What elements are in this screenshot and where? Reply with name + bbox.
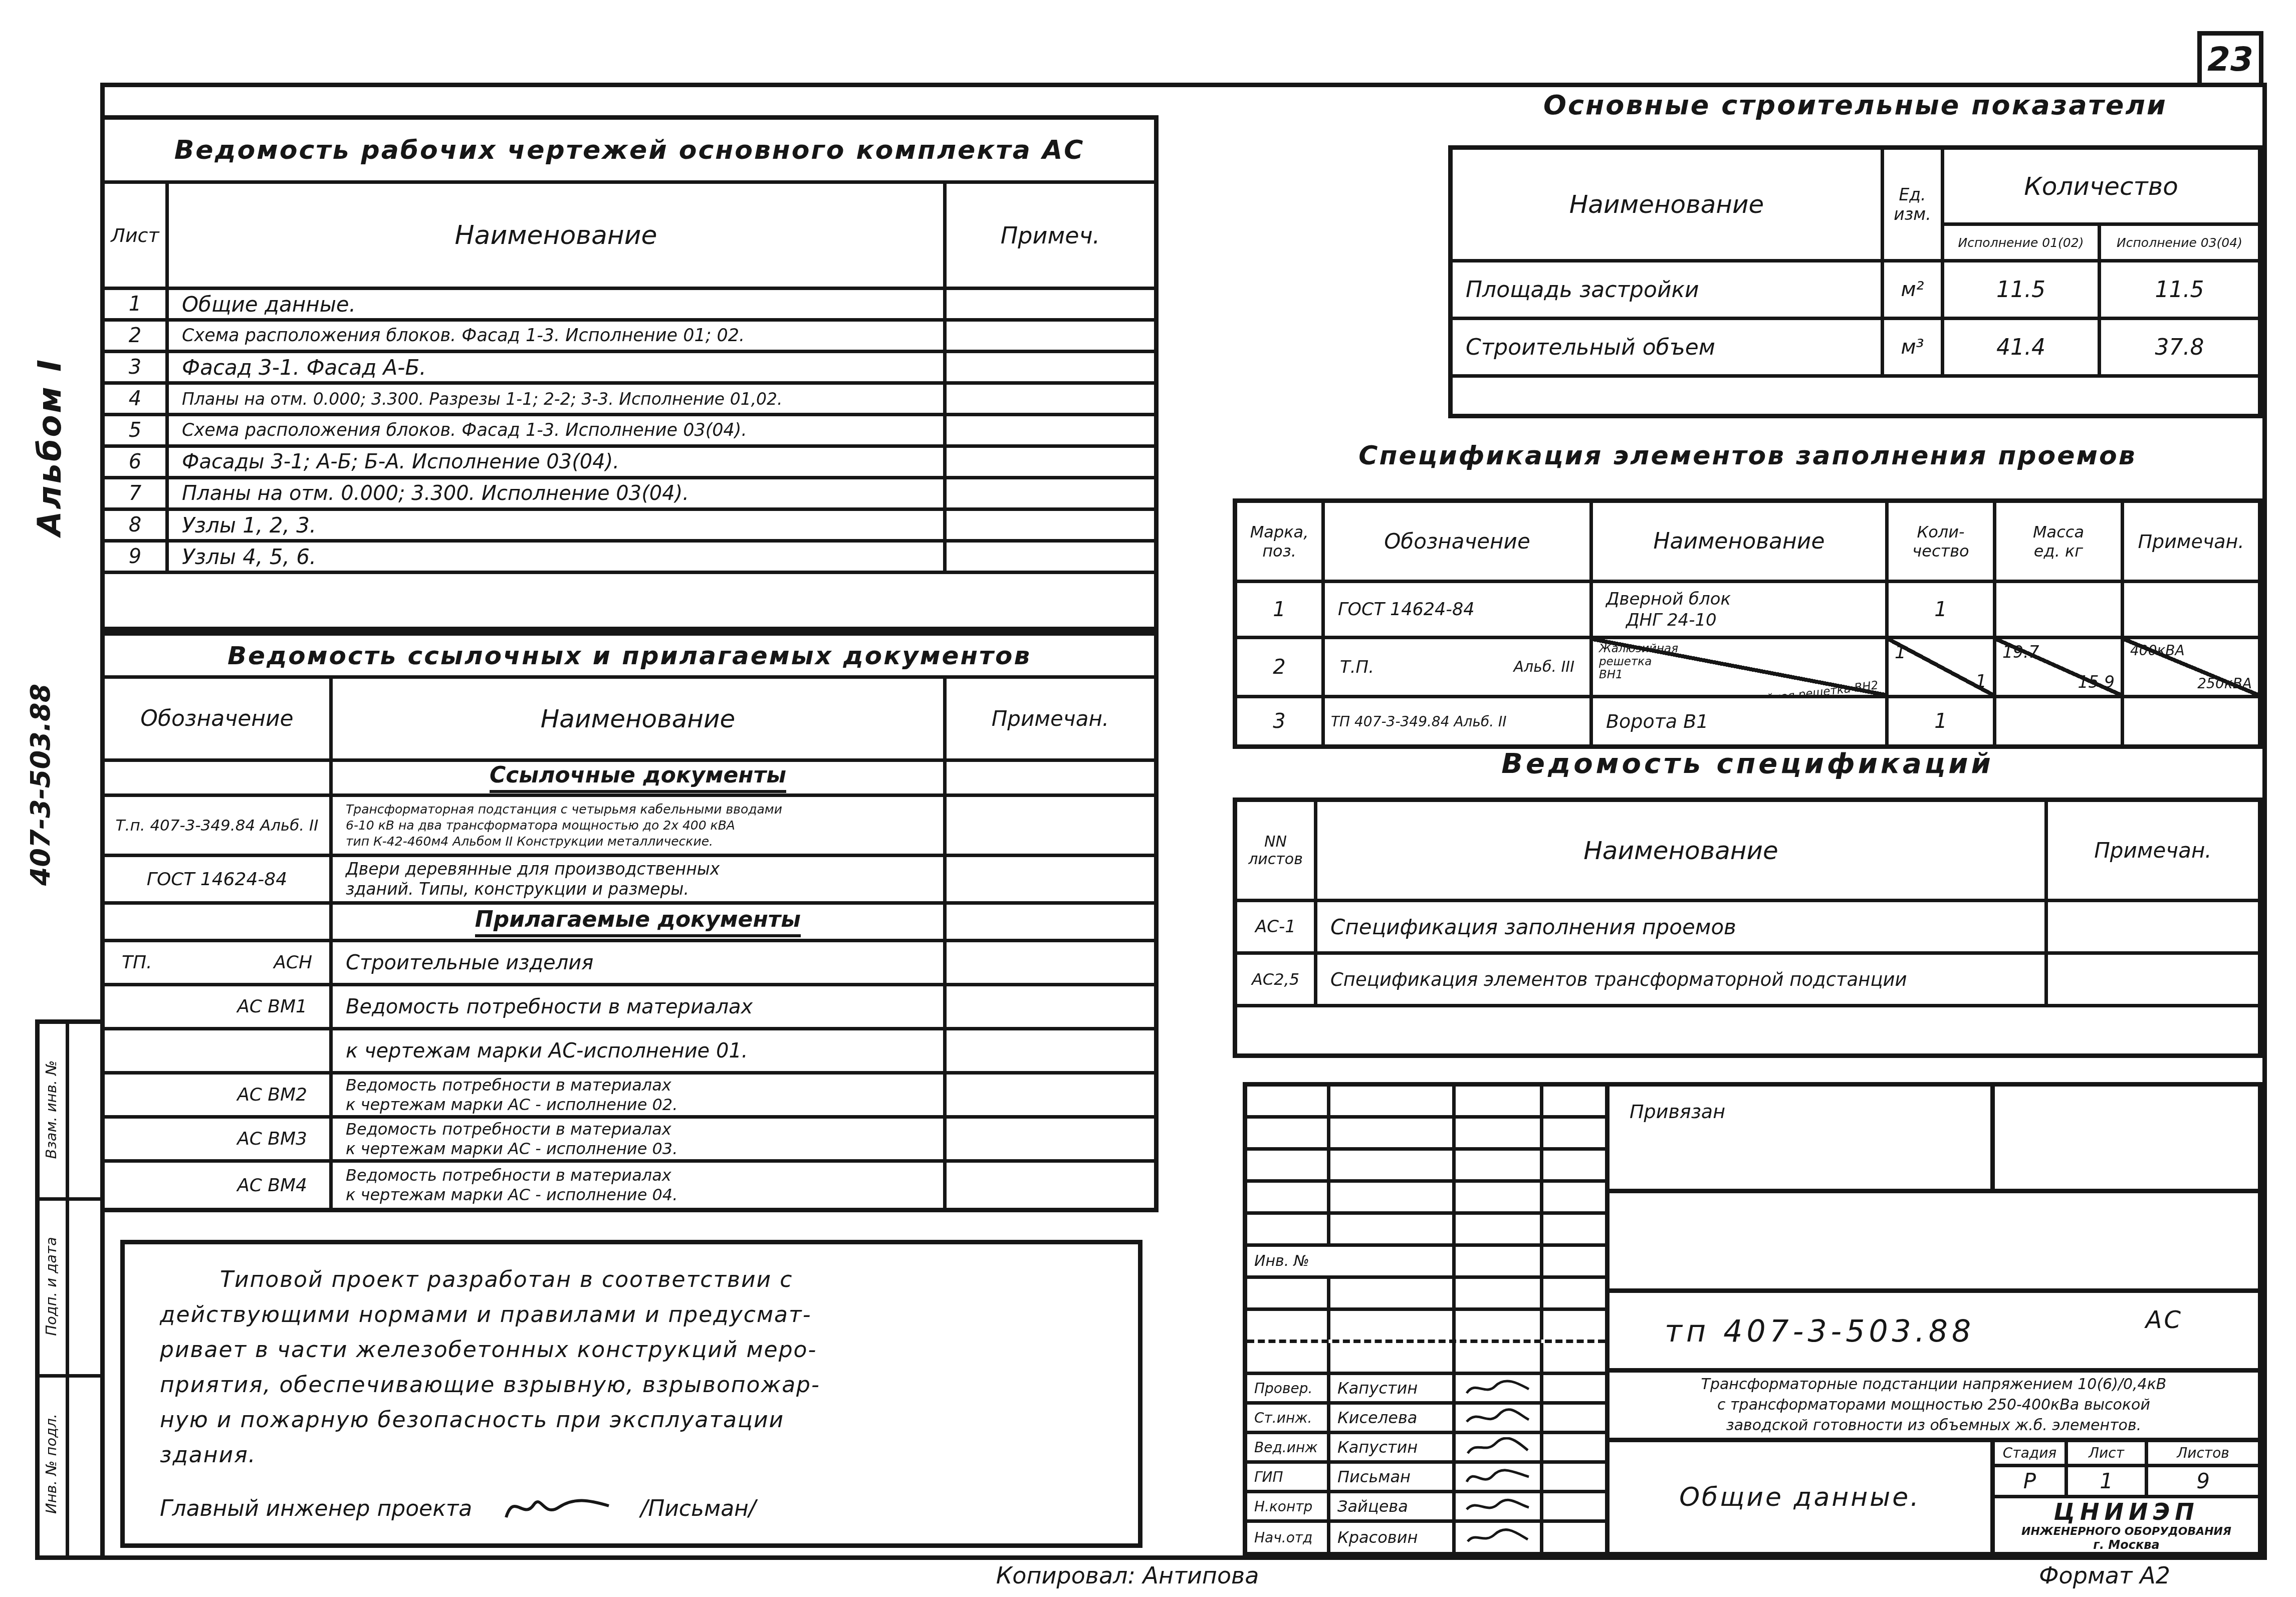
person-role: Провер. [1254,1380,1312,1397]
cell-note-split: 400кВА 250кВА [2124,639,2258,695]
cell-note [947,290,1154,318]
copied-by: Копировал: Антипова [802,1562,1453,1589]
row-name: Фасады 3-1; А-Б; Б-А. Исполнение 03(04). [182,450,619,473]
header-label: Примечан. [2138,530,2244,553]
header-cell-qty: Коли- чество [1889,503,1996,580]
row-name-multiline: Ведомость потребности в материалах к чер… [346,1166,677,1205]
header-cell-designation: Обозначение [1325,503,1593,580]
table-row: 1 Общие данные. [105,290,1154,322]
split-bottom: 1 [1975,671,1987,692]
row-num: 4 [129,387,141,410]
stage-value-cell: Р [1995,1467,2068,1495]
person-row: Вед.инж Капустин [1247,1434,1605,1464]
cell-designation: АС ВМ4 [105,1163,333,1208]
note-line: ную и пожарную безопасность при эксплуат… [160,1403,1113,1438]
stamp-divider [66,1378,69,1555]
header-label: Лист [111,224,159,246]
header-label: Обозначение [1384,529,1530,554]
row-mark: 2 [1273,656,1285,679]
header-cell-designation: Обозначение [105,679,333,758]
signature-icon [1456,1464,1543,1490]
cell-name: Ведомость потребности в материалах к чер… [333,1119,947,1159]
cell-name: Планы на отм. 0.000; 3.300. Разрезы 1-1;… [169,385,947,413]
cell-num: АС2,5 [1237,955,1317,1004]
table-row: 9 Узлы 4, 5, 6. [105,543,1154,574]
cell-unit: м² [1884,262,1944,317]
empty-band [1610,1193,2258,1293]
cell-empty [947,762,1154,793]
cell-note [947,448,1154,476]
cell-num: 4 [105,385,169,413]
header-label: Масса [2033,522,2084,542]
cell-section: Прилагаемые документы [333,905,947,939]
cell-qty: 1 [1889,698,1996,744]
cell-mass [1996,583,2124,636]
cell-designation: ТП 407-3-349.84 Альб. II [1325,698,1593,744]
cell-name: Узлы 4, 5, 6. [169,543,947,571]
indicators-title: Основные строительные показатели [1543,89,2167,121]
note-line: действующими нормами и правилами и преду… [160,1297,1113,1333]
table-header-row: Обозначение Наименование Примечан. [105,679,1154,762]
cell-designation: ГОСТ 14624-84 [105,857,333,901]
cell-name-split: Жалюзийная решетка ВН1 Жалюзийная решетк… [1593,639,1889,695]
indicators-title-wrap: Основные строительные показатели [1448,89,2262,121]
chief-engineer-label: Главный инженер проекта [160,1496,472,1521]
row-name-line: Ведомость потребности в материалах [346,1076,677,1095]
table-header-row: Марка, поз. Обозначение Наименование Кол… [1237,503,2258,583]
row-num: АС-1 [1255,917,1296,937]
row-name: к чертежам марки АС-исполнение 01. [346,1039,748,1062]
description-line: с трансформаторами мощностью 250-400кВа … [1717,1395,2150,1415]
header-cell-note: Примечан. [947,679,1154,758]
cell-note [947,511,1154,539]
sheet-title: Общие данные. [1679,1482,1921,1512]
row-name-multiline: Ведомость потребности в материалах к чер… [346,1120,677,1159]
header-label: Коли- [1917,522,1964,542]
person-name: Капустин [1337,1438,1418,1457]
header-label: NN [1264,833,1287,851]
row-code: АС ВМ2 [237,1085,307,1105]
cell-note [947,857,1154,901]
cell-note [947,479,1154,507]
stage-header-cell: Листов [2148,1442,2258,1464]
table-header-row: Лист Наименование Примеч. [105,184,1154,290]
chief-engineer-name: /Письман/ [640,1496,756,1521]
drawing-sheet: 23 Альбом I 407-3-503.88 Взам. инв. № По… [0,0,2296,1597]
cell-designation: Т.п. 407-3-349.84 Альб. II [105,797,333,854]
header-label: Примечан. [2094,838,2211,863]
project-description: Трансформаторные подстанции напряжением … [1610,1373,2258,1442]
row-num: 3 [129,356,141,379]
header-label: Ед. [1899,185,1926,204]
table-header-row: Наименование Ед. изм. Количество Исполне… [1453,150,2258,262]
table-row: 2 Схема расположения блоков. Фасад 1-3. … [105,322,1154,353]
note-signature-row: Главный инженер проекта /Письман/ [160,1490,1113,1527]
header-label: Наименование [1583,836,1778,865]
table-row: Строительный объем м³ 41.4 37.8 [1453,320,2258,378]
signature-icon [1456,1493,1543,1519]
table-row: 6 Фасады 3-1; А-Б; Б-А. Исполнение 03(04… [105,448,1154,479]
table-row: 8 Узлы 1, 2, 3. [105,511,1154,543]
cell-note [947,1030,1154,1071]
cell-note [947,322,1154,350]
section-row: Прилагаемые документы [105,905,1154,942]
cell-empty [105,762,333,793]
row-name-line: зданий. Типы, конструкции и размеры. [346,879,720,899]
header-label: ед. кг [2034,542,2083,561]
cell-mark: 2 [1237,639,1325,695]
header-cell-name: Наименование [333,679,947,758]
cell-note [947,543,1154,571]
row-name-multiline: Ведомость потребности в материалах к чер… [346,1076,677,1115]
cell-note [947,1163,1154,1208]
stamp-label: Инв. № подл. [43,1381,60,1546]
person-row: Провер. Капустин [1247,1375,1605,1405]
stage-label: Лист [2089,1445,2124,1461]
person-name: Письман [1337,1467,1411,1486]
row-value: 11.5 [2155,277,2204,303]
row-num: 9 [129,545,141,568]
header-label: Наименование [454,220,657,250]
spec-list-title: Ведомость спецификаций [1501,747,1993,780]
org-line: ИНЖЕНЕРНОГО ОБОРУДОВАНИЯ [2021,1525,2231,1538]
note-line: здания. [160,1438,1113,1473]
header-label: поз. [1262,542,1296,561]
row-name: Узлы 4, 5, 6. [182,545,316,569]
header-label: Примеч. [1001,222,1100,249]
header-cell-name: Наименование [169,184,947,287]
row-designation: ГОСТ 14624-84 [147,869,287,890]
cell-note [2124,583,2258,636]
cell-note [947,986,1154,1027]
stage-org-block: Стадия Лист Листов Р 1 9 ЦНИИЭП ИНЖЕНЕРН… [1995,1442,2258,1552]
cell-name: Спецификация элементов трансформаторной … [1317,955,2048,1004]
note-line: Типовой проект разработан в соответствии… [160,1262,1113,1297]
row-name-line: тип К-42-460м4 Альбом II Конструкции мет… [346,834,782,850]
inv-number-label: Инв. № [1254,1252,1309,1270]
cell-name: Схема расположения блоков. Фасад 1-3. Ис… [169,322,947,350]
cell-name: Ведомость потребности в материалах [333,986,947,1027]
description-line: Трансформаторные подстанции напряжением … [1701,1374,2167,1395]
row-unit: м² [1901,278,1924,301]
table-row: АС ВМ4 Ведомость потребности в материала… [105,1163,1154,1208]
cell-num: 3 [105,353,169,381]
signature-icon [1456,1523,1543,1552]
cell-num: 5 [105,416,169,444]
attached-row: Привязан [1610,1087,2258,1193]
cell-name: Строительные изделия [333,942,947,983]
openings-table: Марка, поз. Обозначение Наименование Кол… [1233,498,2262,749]
person-row: ГИП Письман [1247,1464,1605,1493]
doc-code: тп 407-3-503.88 [1665,1314,1975,1349]
stage-value-cell: 9 [2148,1467,2258,1495]
table-row: к чертежам марки АС-исполнение 01. [105,1030,1154,1075]
cell-note [947,416,1154,444]
table-row: ГОСТ 14624-84 Двери деревянные для произ… [105,857,1154,905]
cell-note [947,385,1154,413]
row-name-line: Жалюзийная [1599,642,1678,655]
table-row: АС ВМ3 Ведомость потребности в материала… [105,1119,1154,1163]
sheet-title-cell: Общие данные. [1610,1442,1995,1552]
cell-section: Ссылочные документы [333,762,947,793]
row-name-multiline: Дверной блок ДНГ 24-10 [1606,589,1731,631]
signature-icon [1456,1405,1543,1431]
row-code: АС ВМ1 [237,996,307,1017]
header-cell-num: NN листов [1237,802,1317,899]
cell-num: 8 [105,511,169,539]
row-name-line: 6-10 кВ на два трансформатора мощностью … [346,818,782,834]
ref-documents-table: Ведомость ссылочных и прилагаемых докуме… [100,631,1159,1212]
doc-number-vertical: 407-3-503.88 [25,652,56,918]
split-top: 19.7 [2002,642,2039,662]
cell-designation: АС ВМ3 [105,1119,333,1159]
row-name: Схема расположения блоков. Фасад 1-3. Ис… [182,420,747,440]
org-line: г. Москва [2093,1538,2159,1552]
row-name: Строительные изделия [346,951,593,974]
split-top: 1 [1895,642,1906,663]
row-designation: Т.п. 407-3-349.84 Альб. II [116,817,319,835]
cell-name: к чертежам марки АС-исполнение 01. [333,1030,947,1071]
header-cell-name: Наименование [1593,503,1889,580]
table-row: 2 Т.П. Альб. III Жалюзийная решетка ВН1 … [1237,639,2258,698]
org-cell: ЦНИИЭП ИНЖЕНЕРНОГО ОБОРУДОВАНИЯ г. Москв… [1995,1498,2258,1552]
header-label: Обозначение [140,706,293,731]
cell-mark: 1 [1237,583,1325,636]
cell-qty: 1 [1889,583,1996,636]
cell-value2: 37.8 [2101,320,2258,374]
stage-label: Стадия [2003,1445,2056,1461]
ref-documents-title-band: Ведомость ссылочных и прилагаемых докуме… [105,636,1154,679]
header-cell-variant2: Исполнение 03(04) [2101,226,2258,259]
table-row: АС ВМ2 Ведомость потребности в материала… [105,1075,1154,1119]
row-name-line: Ведомость потребности в материалах [346,1166,677,1185]
row-num: АС2,5 [1252,970,1299,989]
inv-number-row: Инв. № [1247,1247,1605,1279]
signature-icon [496,1490,616,1527]
cell-mark: 3 [1237,698,1325,744]
cell-note [947,797,1154,854]
stage-value-cell: 1 [2068,1467,2148,1495]
working-drawings-title-band: Ведомость рабочих чертежей основного ком… [105,120,1154,184]
cell-value2: 11.5 [2101,262,2258,317]
row-mark: 1 [1273,598,1285,621]
header-cell-quantity: Количество [1944,150,2258,226]
table-row: ТП. АСН Строительные изделия [105,942,1154,986]
cell-qty-split: 1 1 [1889,639,1996,695]
table-row: 4 Планы на отм. 0.000; 3.300. Разрезы 1-… [105,385,1154,416]
description-line: заводской готовности из объемных ж.б. эл… [1726,1415,2141,1436]
row-num: 6 [129,450,141,473]
cell-num: 2 [105,322,169,350]
cell-designation: Т.П. Альб. III [1325,639,1593,695]
split-top: Жалюзийная решетка ВН1 [1599,642,1678,681]
row-code: АС ВМ4 [237,1175,307,1196]
title-block: Инв. № Провер. Капустин Ст.инж. Киселева… [1243,1082,2262,1556]
stamp-divider [66,1201,69,1374]
working-drawings-table: Ведомость рабочих чертежей основного ком… [100,115,1159,631]
table-row: Площадь застройки м² 11.5 11.5 [1453,262,2258,320]
header-cell-mark: Марка, поз. [1237,503,1325,580]
person-row: Ст.инж. Киселева [1247,1405,1605,1434]
cell-note [947,1119,1154,1159]
cell-note [947,1075,1154,1115]
split-top: 400кВА [2130,642,2185,659]
org-name: ЦНИИЭП [2053,1498,2199,1525]
openings-title-wrap: Спецификация элементов заполнения проемо… [1233,441,2262,471]
row-name-line: Ведомость потребности в материалах [346,1120,677,1139]
row-value: 37.8 [2155,335,2204,360]
row-num: 5 [129,419,141,442]
person-row: Нач.отд Красовин [1247,1523,1605,1552]
note-box: Типовой проект разработан в соответствии… [120,1240,1142,1548]
header-label: чество [1912,542,1969,561]
sheet-number-box: 23 [2197,31,2263,87]
format-label: Формат А2 [1954,1562,2255,1589]
cell-name: Схема расположения блоков. Фасад 1-3. Ис… [169,416,947,444]
split-bottom: 15.9 [2078,672,2115,692]
album-label: Альбом I [32,317,69,577]
row-designation: ГОСТ 14624-84 [1338,600,1475,620]
person-role: Нач.отд [1254,1529,1312,1546]
header-label: Исполнение 03(04) [2117,235,2242,250]
row-name: Площадь застройки [1466,277,1699,303]
row-mark: 3 [1273,710,1285,733]
note-line: ривает в части железобетонных конструкци… [160,1333,1113,1368]
signature-icon [1456,1375,1543,1401]
row-num: 2 [129,324,141,347]
row-name: Общие данные. [182,292,356,317]
split-bottom: 250кВА [2197,675,2252,692]
row-unit: м³ [1901,336,1924,359]
stage-value: 9 [2196,1469,2210,1493]
table-row: АС ВМ1 Ведомость потребности в материала… [105,986,1154,1030]
header-label: Наименование [1654,528,1825,554]
note-line: приятия, обеспечивающие взрывную, взрыво… [160,1368,1113,1403]
row-value: 11.5 [1996,277,2045,303]
cell-designation: АС ВМ2 [105,1075,333,1115]
table-row: Т.п. 407-3-349.84 Альб. II Трансформатор… [105,797,1154,857]
cell-name: Спецификация заполнения проемов [1317,902,2048,951]
section-label: Прилагаемые документы [475,907,801,937]
cell-name: Дверной блок ДНГ 24-10 [1593,583,1889,636]
row-name-line: ДНГ 24-10 [1606,610,1731,631]
cell-mass-split: 19.7 15.9 [1996,639,2124,695]
person-role: Вед.инж [1254,1439,1317,1456]
cell-value1: 41.4 [1944,320,2101,374]
row-name: Схема расположения блоков. Фасад 1-3. Ис… [182,326,745,346]
cell-name: Общие данные. [169,290,947,318]
row-name: Спецификация заполнения проемов [1330,915,1736,939]
working-drawings-title: Ведомость рабочих чертежей основного ком… [174,135,1085,165]
person-role: Ст.инж. [1254,1410,1312,1426]
row-name: Ведомость потребности в материалах [346,995,753,1018]
cell-num: 6 [105,448,169,476]
cell-unit: м³ [1884,320,1944,374]
spec-list-table: NN листов Наименование Примечан. АС-1 Сп… [1233,797,2262,1058]
person-role: ГИП [1254,1469,1283,1485]
row-value: 41.4 [1996,335,2045,360]
row-name-line: к чертежам марки АС - исполнение 04. [346,1185,677,1205]
cell-num: 1 [105,290,169,318]
section-row: Ссылочные документы [105,762,1154,797]
signature-icon [1456,1434,1543,1460]
cell-num: 7 [105,479,169,507]
row-designation: Альб. III [1514,658,1575,676]
stage-value: 1 [2100,1469,2113,1493]
row-name-line: Двери деревянные для производственных [346,859,720,879]
stamp-divider [66,1024,69,1197]
cell-name: Планы на отм. 0.000; 3.300. Исполнение 0… [169,479,947,507]
person-name: Капустин [1337,1379,1418,1398]
header-cell-quantity-group: Количество Исполнение 01(02) Исполнение … [1944,150,2258,259]
cell-value1: 11.5 [1944,262,2101,317]
cell-name: Ведомость потребности в материалах к чер… [333,1075,947,1115]
header-cell-note: Примечан. [2048,802,2258,899]
row-prefix: ТП. [122,952,152,973]
header-cell-name: Наименование [1317,802,2048,899]
table-row: АС-1 Спецификация заполнения проемов [1237,902,2258,955]
row-name: Ворота В1 [1606,710,1708,732]
cell-num: АС-1 [1237,902,1317,951]
header-cell-sheet: Лист [105,184,169,287]
indicators-table: Наименование Ед. изм. Количество Исполне… [1448,145,2262,418]
attached-cell: Привязан [1610,1087,1995,1189]
cell-name: Ведомость потребности в материалах к чер… [333,1163,947,1208]
cell-empty [947,905,1154,939]
header-label: Примечан. [992,706,1109,731]
person-role: Н.контр [1254,1498,1312,1515]
stage-values-row: Р 1 9 [1995,1467,2258,1498]
note-text: Типовой проект разработан в соответствии… [160,1262,1113,1473]
spec-list-title-wrap: Ведомость спецификаций [1233,747,2262,780]
stamp-label: Подп. и дата [43,1204,60,1369]
header-label: Наименование [541,704,736,733]
cell-empty [105,905,333,939]
header-label: листов [1248,851,1303,868]
row-qty: 1 [1934,710,1947,733]
stamp-label: Взам. инв. № [43,1027,60,1192]
header-cell-variant1: Исполнение 01(02) [1944,226,2101,259]
row-num: 7 [129,482,141,505]
inv-number-cell: Инв. № [1247,1247,1456,1275]
header-label: изм. [1894,204,1931,224]
cell-note [2048,902,2258,951]
section-label: Ссылочные документы [490,762,786,793]
stage-label: Листов [2177,1445,2229,1461]
table-row: 5 Схема расположения блоков. Фасад 1-3. … [105,416,1154,448]
cell-note [947,942,1154,983]
header-label: Количество [2024,172,2178,201]
sheet-number: 23 [2207,40,2253,79]
row-name: Строительный объем [1466,335,1715,360]
cell-name: Строительный объем [1453,320,1884,374]
cell-note [2124,698,2258,744]
row-name: Планы на отм. 0.000; 3.300. Разрезы 1-1;… [182,389,783,409]
row-name-line: Трансформаторная подстанция с четырьмя к… [346,802,782,818]
table-header-row: NN листов Наименование Примечан. [1237,802,2258,902]
stage-value: Р [2023,1469,2036,1493]
attached-empty-cell [1995,1087,2258,1189]
row-code: АС ВМ3 [237,1129,307,1149]
cell-note [2048,955,2258,1004]
header-label: Исполнение 01(02) [1958,235,2084,250]
header-cell-mass: Масса ед. кг [1996,503,2124,580]
table-row: 1 ГОСТ 14624-84 Дверной блок ДНГ 24-10 1 [1237,583,2258,639]
bottom-band: Общие данные. Стадия Лист Листов Р 1 9 Ц… [1610,1442,2258,1552]
mark-code: АС [2146,1306,2183,1334]
row-name-line: решетка [1599,655,1678,668]
cell-designation: АС ВМ1 [105,986,333,1027]
